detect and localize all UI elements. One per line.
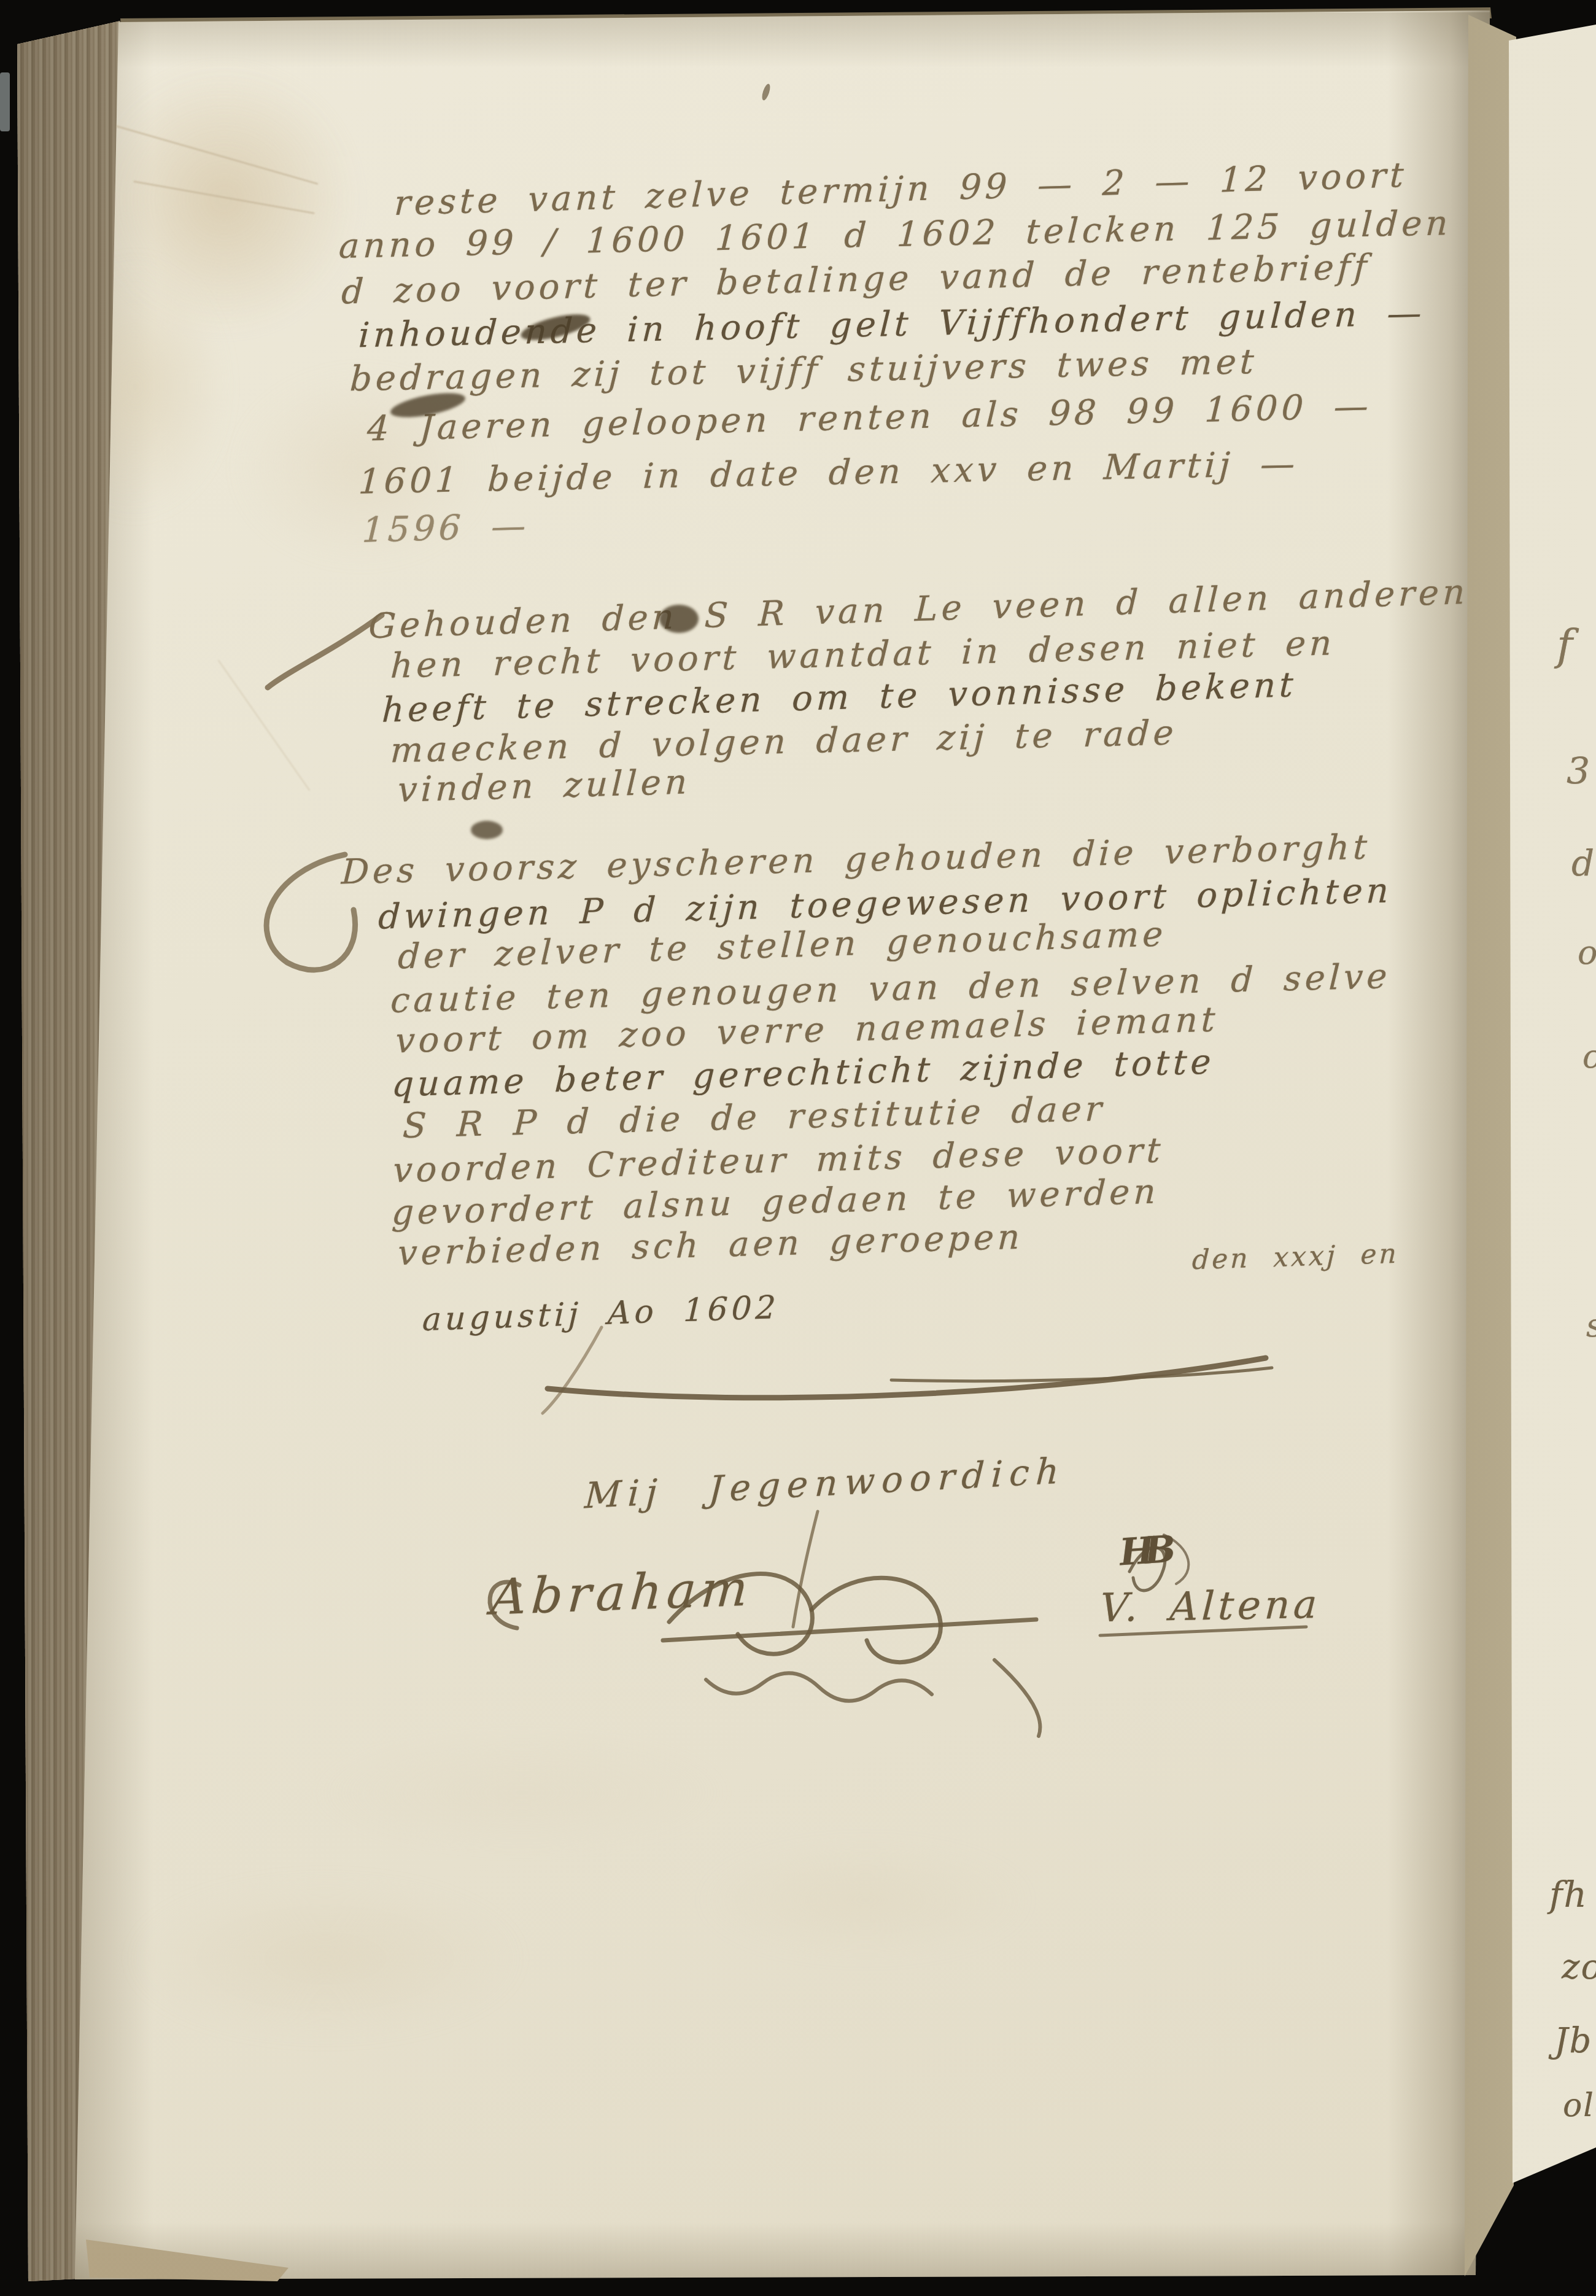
manuscript-scan: f 3 d o c s fh zo Jb olo reste vant zelv… xyxy=(0,0,1596,2296)
manuscript-dateline: augustij Ao 1602 xyxy=(422,1289,780,1338)
manuscript-line: 1601 beijde in date den xxv en Martij — xyxy=(357,444,1299,502)
signature-altena: V. Altena xyxy=(1099,1582,1322,1631)
notary-monogram: HB xyxy=(1118,1528,1168,1574)
signature-abraham: Abraham xyxy=(489,1559,754,1626)
manuscript-line: vinden zullen xyxy=(397,762,692,810)
attestation-line: Mij Jegenwoordich xyxy=(584,1449,1067,1516)
handwriting-layer: reste vant zelve termijn 99 — 2 — 12 voo… xyxy=(0,0,1596,2296)
manuscript-line: 1596 — xyxy=(362,506,530,551)
manuscript-date-note: den xxxj en xyxy=(1191,1238,1400,1276)
